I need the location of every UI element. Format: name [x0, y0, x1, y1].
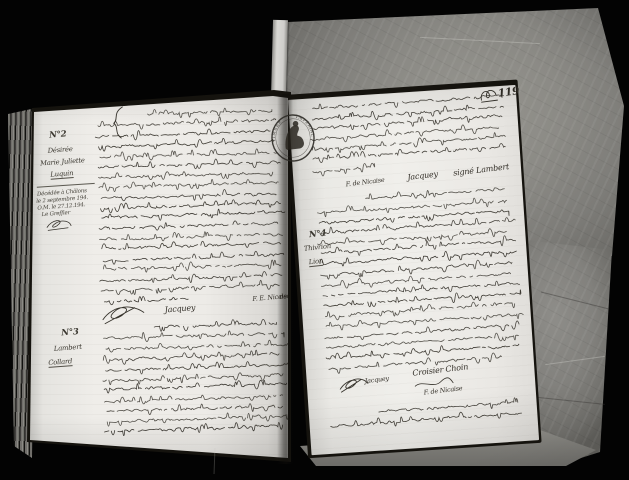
death-mention-line: Le Greffier [42, 211, 71, 219]
handwriting-line [320, 254, 517, 285]
handwriting-line [312, 159, 379, 182]
handwriting-line [317, 224, 511, 254]
act-number-label: N°2 [49, 130, 67, 140]
handwriting-line [101, 276, 284, 300]
handwriting-line [378, 394, 522, 422]
handwriting-line [311, 128, 509, 160]
handwriting-line [95, 123, 275, 147]
margin-name-line: Collard [48, 358, 72, 368]
handwriting-line [321, 265, 516, 296]
signature-flourish [99, 302, 148, 325]
signature: F. de Nicaise [423, 385, 462, 396]
handwriting-line [101, 204, 289, 229]
handwriting-line [310, 118, 503, 148]
svg-text:IMPÉRIAL: IMPÉRIAL [295, 113, 315, 138]
handwriting-line [153, 315, 280, 337]
handwriting-line [105, 336, 293, 359]
signature: Jacquey [407, 170, 438, 182]
margin-underline [37, 183, 95, 188]
handwriting-line [326, 328, 523, 358]
margin-name-line: Lambert [54, 344, 82, 353]
timbre-stamp: TIMBRE IMPÉRIAL [268, 110, 318, 165]
handwriting-line [99, 215, 282, 238]
margin-bracket-flourish [106, 105, 127, 140]
signature: F. E. Nicaise [252, 293, 290, 303]
signature-flourish [336, 375, 371, 395]
handwriting-line [100, 144, 281, 167]
handwriting-line [103, 367, 288, 391]
right-page: 119 N°4 Thivrion Lion F. de Nicaise Jacq… [288, 85, 539, 455]
handwriting-line [322, 275, 524, 306]
handwriting-line [103, 345, 284, 370]
scanned-register-photo: N°2 Désirée Marie Juliette Luquin Décédé… [0, 0, 629, 480]
handwriting-line [99, 226, 286, 249]
death-mention-line: le 2 septembre 194. [36, 196, 88, 205]
dust-thread [214, 448, 216, 474]
death-mention-line: Décédée à Châlons [37, 189, 87, 198]
folio-flourish [478, 86, 501, 105]
handwriting-line [320, 243, 522, 273]
right-page-handwriting [288, 85, 539, 455]
handwriting-line [101, 185, 280, 208]
signature-paraph [413, 378, 456, 391]
handwriting-line [311, 108, 506, 139]
handwriting-line [107, 398, 287, 421]
handwriting-line [366, 181, 510, 209]
right-page-content: 119 N°4 Thivrion Lion F. de Nicaise Jacq… [288, 85, 539, 455]
stamp-word-right: IMPÉRIAL [295, 113, 315, 138]
margin-name-line: Marie Juliette [40, 157, 85, 167]
handwriting-line [324, 316, 524, 348]
handwriting-line [98, 133, 277, 157]
handwriting-line [104, 387, 287, 412]
handwriting-line [104, 376, 291, 399]
left-page: N°2 Désirée Marie Juliette Luquin Décédé… [30, 94, 288, 460]
signature: signé Lambert [453, 163, 510, 178]
handwriting-line [100, 194, 284, 218]
signature: Croisier Choin [412, 363, 469, 378]
handwriting-line [323, 285, 526, 315]
greffier-signature-flourish [44, 217, 74, 234]
handwriting-line [325, 295, 520, 327]
margin-name-line: Désirée [47, 146, 72, 155]
left-page-content: N°2 Désirée Marie Juliette Luquin Décédé… [30, 94, 299, 468]
handwriting-line [100, 266, 287, 291]
handwriting-line [99, 174, 282, 198]
left-page-handwriting [30, 94, 299, 468]
handwriting-line [328, 349, 506, 380]
handwriting-line [103, 325, 288, 348]
signature: Jacquey [364, 375, 389, 384]
handwriting-line [325, 306, 528, 336]
handwriting-line [103, 257, 285, 279]
signature: F. de Nicaise [345, 177, 384, 188]
handwriting-line [147, 102, 275, 124]
death-mention-line: O.M. le 27.12.194. [37, 203, 85, 212]
margin-name-line: Luquin [50, 170, 74, 180]
handwriting-line [99, 165, 277, 188]
handwriting-line [104, 290, 193, 311]
handwriting-line [320, 233, 520, 264]
handwriting-line [330, 404, 526, 436]
handwriting-line [311, 98, 508, 130]
page-number: 119 [497, 86, 520, 99]
handwriting-line [103, 246, 289, 271]
handwriting-line [98, 154, 284, 177]
margin-name-line: Lion [308, 258, 323, 268]
margin-name-line: Thivrion [304, 243, 332, 253]
handwriting-line [319, 212, 520, 243]
allegorical-figure [284, 125, 304, 150]
handwriting-line [318, 202, 513, 233]
handwriting-line [107, 407, 294, 431]
handwriting-line [106, 356, 293, 380]
handwriting-line [312, 139, 510, 169]
handwriting-line [104, 418, 287, 442]
handwriting-line [97, 112, 279, 136]
handwriting-line [317, 193, 511, 223]
act-number-label: N°3 [61, 328, 79, 338]
page-edge-sliver [271, 20, 288, 98]
handwriting-line [102, 235, 285, 259]
act-number-label: N°4 [309, 229, 327, 239]
signature: Jacquey [164, 304, 195, 315]
handwriting-line [325, 338, 523, 369]
